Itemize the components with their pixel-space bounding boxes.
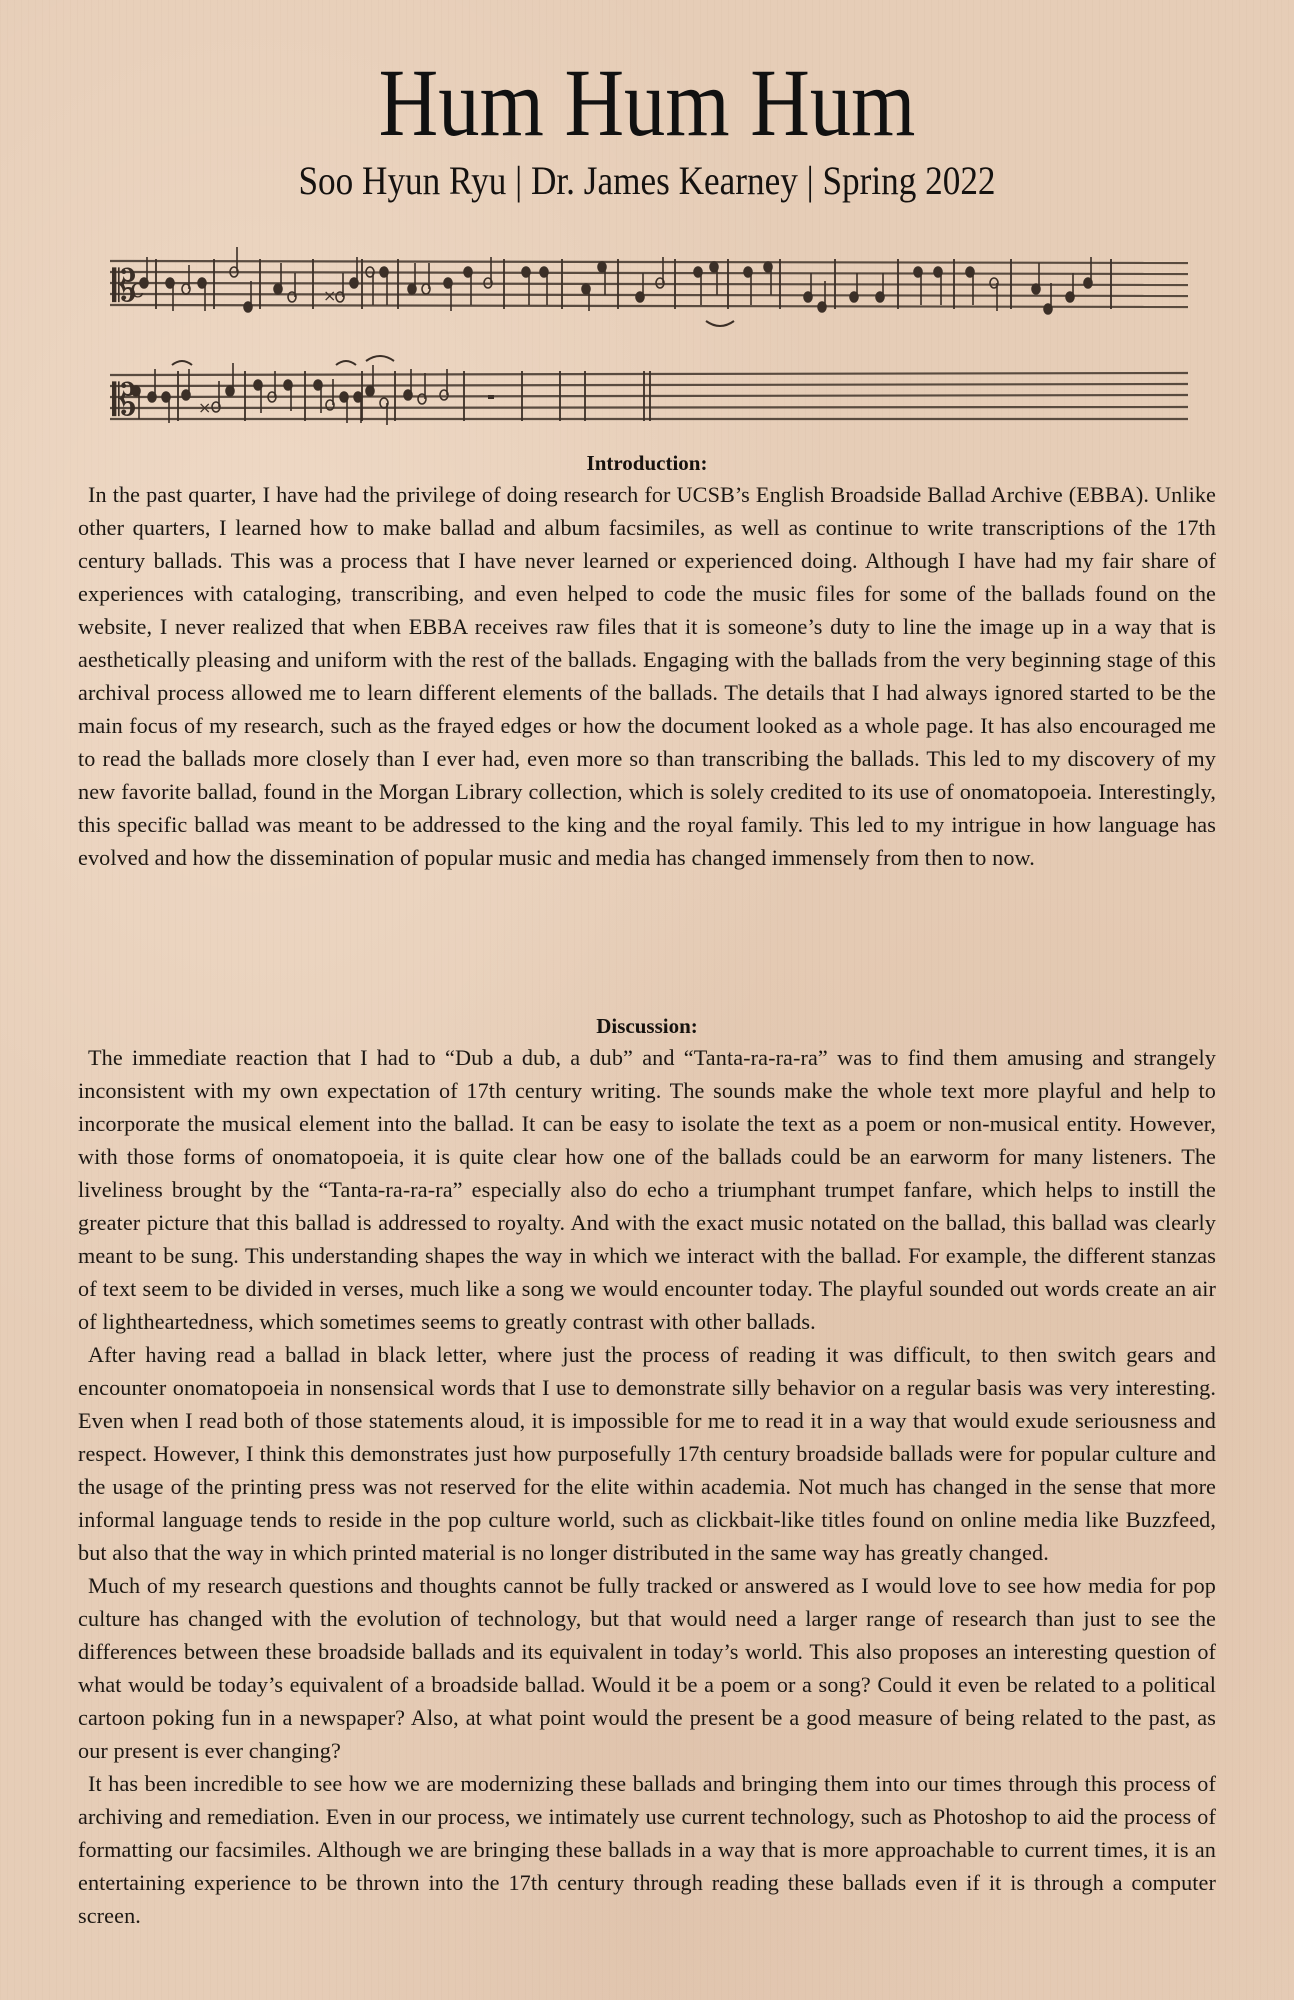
- discussion-paragraph: The immediate reaction that I had to “Du…: [78, 1041, 1216, 1338]
- author-byline: Soo Hyun Ryu | Dr. James Kearney | Sprin…: [78, 157, 1217, 205]
- discussion-body: The immediate reaction that I had to “Du…: [78, 1011, 1216, 1932]
- introduction-body: In the past quarter, I have had the priv…: [78, 478, 1216, 874]
- discussion-paragraph: Much of my research questions and though…: [78, 1569, 1216, 1767]
- music-notation-image: 𝄡 c 𝄡 ⨯: [108, 245, 1193, 433]
- svg-text:⨯: ⨯: [323, 286, 336, 305]
- discussion-paragraph: After having read a ballad in black lett…: [78, 1338, 1216, 1569]
- svg-text:𝄡: 𝄡: [112, 375, 137, 426]
- introduction-paragraph: In the past quarter, I have had the priv…: [78, 478, 1216, 874]
- discussion-paragraph: It has been incredible to see how we are…: [78, 1767, 1216, 1932]
- page-title: Hum Hum Hum: [91, 48, 1204, 158]
- introduction-heading: Introduction:: [0, 449, 1294, 477]
- music-staff-notation-icon: 𝄡 c 𝄡 ⨯: [108, 245, 1193, 433]
- poster-page: Hum Hum Hum Soo Hyun Ryu | Dr. James Kea…: [0, 0, 1294, 2000]
- svg-text:⨯: ⨯: [198, 398, 211, 417]
